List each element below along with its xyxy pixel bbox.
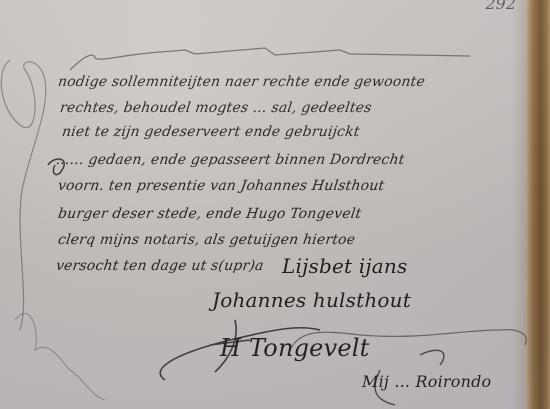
body-line-7: clerq mijns notaris, als getuijgen hiert… — [57, 232, 356, 248]
body-line-4: ...... gedaen, ende gepasseert binnen Do… — [55, 152, 406, 168]
signature-lijsbet-ijans: Lijsbet ijans — [282, 254, 407, 278]
body-line-3: niet te zijn gedeserveert ende gebruijck… — [61, 124, 361, 140]
body-line-6: burger deser stede, ende Hugo Tongevelt — [57, 206, 363, 222]
signature-johannes-hulsthout: Johannes hulsthout — [212, 288, 411, 312]
top-rule-flourish — [70, 48, 470, 70]
signature-notary-roirondo: Mij ... Roirondo — [362, 372, 491, 391]
body-line-1: nodige sollemniteijten naer rechte ende … — [57, 74, 426, 90]
body-line-5: voorn. ten presentie van Johannes Hulsth… — [57, 178, 386, 194]
signature-h-tongevelt: H Tongevelt — [220, 334, 369, 362]
manuscript-page: 292 nodige sollemniteijten naer rechte e… — [0, 0, 550, 409]
body-line-8: versocht ten dage ut s(upr)a — [55, 258, 265, 274]
margin-flourish-bottom — [15, 313, 105, 400]
body-line-2: rechtes, behoudel mogtes ... sal, gedeel… — [59, 100, 373, 116]
margin-flourish-left — [1, 60, 46, 330]
